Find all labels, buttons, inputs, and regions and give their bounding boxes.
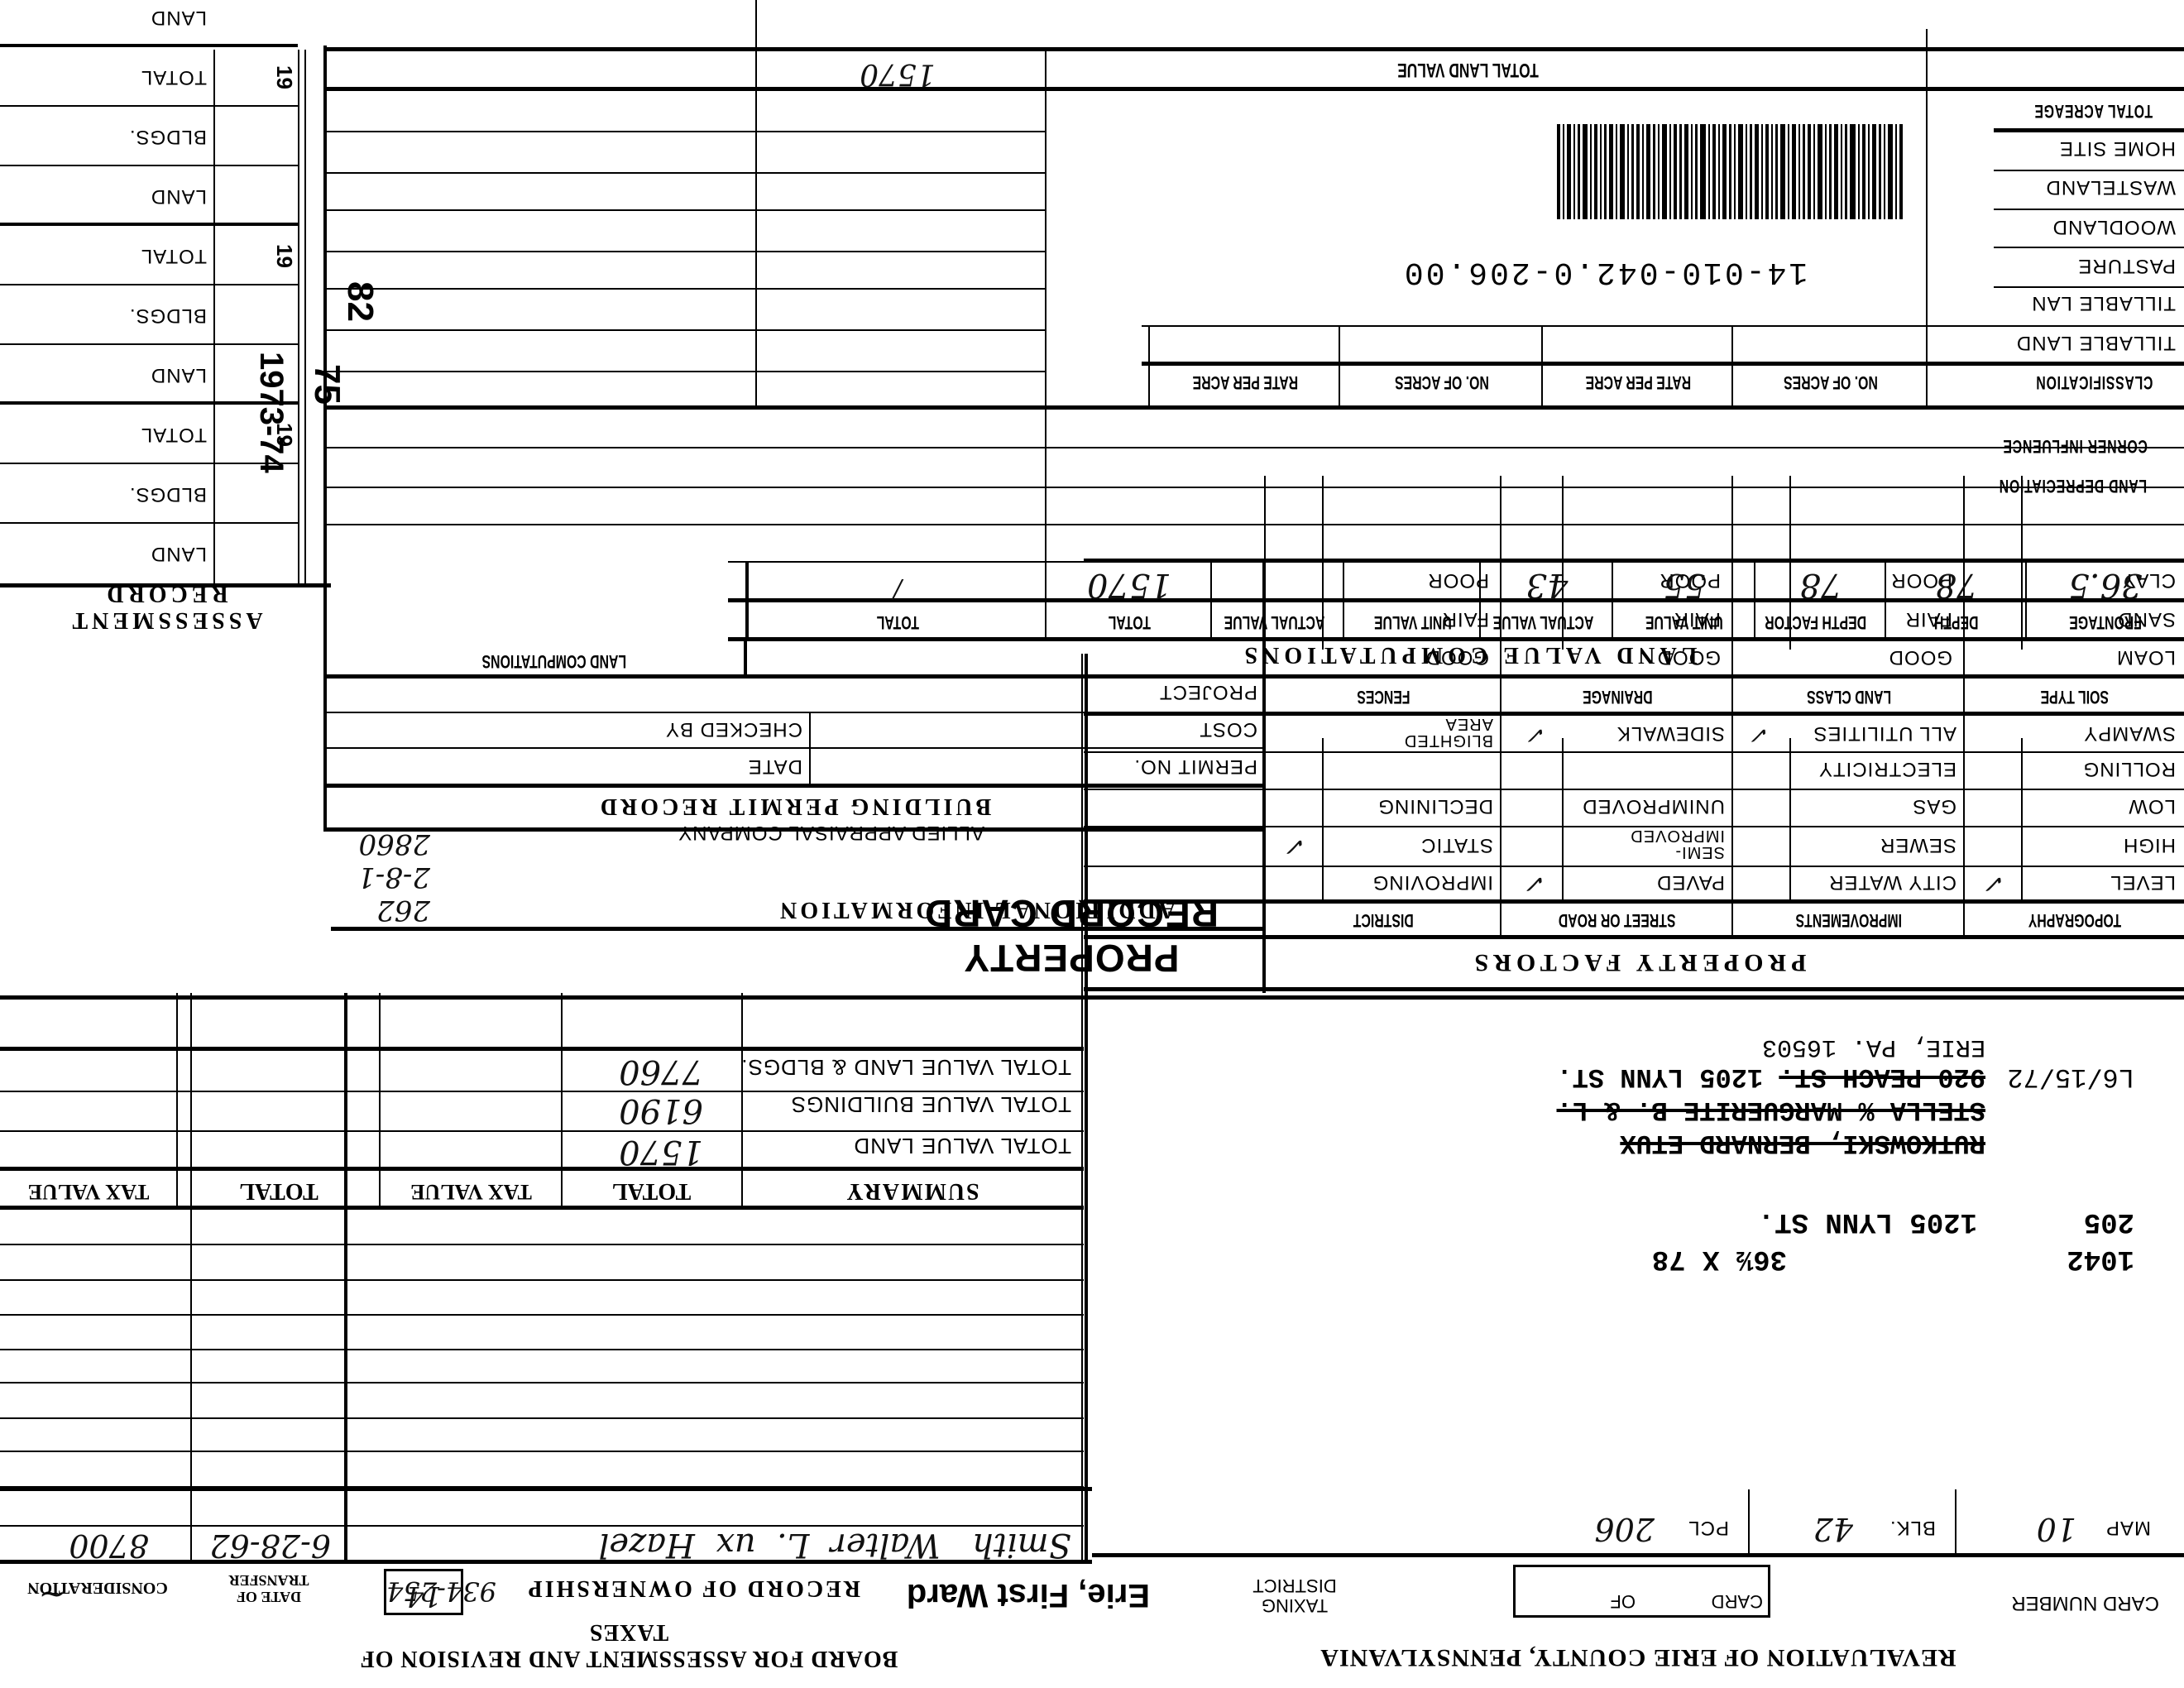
col-unit-value-2: UNIT VALUE — [1344, 611, 1481, 633]
actual-value[interactable]: 43 — [1481, 566, 1613, 604]
permit-date-label: DATE — [748, 755, 802, 778]
summary-total-value[interactable]: 7760 — [619, 1053, 703, 1091]
factor-declining: DECLINING — [1377, 794, 1493, 818]
assessment-record-title: ASSESSMENT RECORD — [8, 580, 323, 633]
checked-by-label: CHECKED BY — [665, 717, 802, 741]
corner-influence-label: CORNER INFLUENCE — [1975, 435, 2176, 457]
row-pasture: PASTURE — [2077, 254, 2176, 277]
col-actual-value-1: ACTUAL VALUE — [1481, 611, 1613, 633]
factor-improving: IMPROVING — [1372, 870, 1493, 894]
assessment-label-total: TOTAL — [141, 423, 207, 446]
summary-buildings-value[interactable]: 6190 — [619, 1091, 703, 1129]
pcl-label: PCL — [1688, 1516, 1729, 1539]
appraisal-company: ALLIED APPRAISAL COMPANY — [678, 821, 984, 844]
row-woodland: WOODLAND — [2052, 215, 2176, 238]
parcel-barcode — [1554, 124, 1903, 219]
col-rate-1: RATE PER ACRE — [1543, 372, 1733, 393]
map-value[interactable]: 10 — [2037, 1511, 2076, 1547]
assessment-label-bldgs: BLDGS. — [129, 482, 207, 506]
building-permit-title: BUILDING PERMIT RECORD — [331, 793, 1257, 819]
factor-static: STATIC — [1420, 833, 1493, 856]
factor-blighted-area: BLIGHTED AREA — [1402, 716, 1493, 749]
factor-rolling: ROLLING — [2083, 757, 2176, 780]
assessment-year-prefix: 19 — [271, 244, 297, 268]
date-of-transfer-label: DATE OF TRANSFER — [199, 1572, 339, 1605]
assessment-year-prefix: 19 — [271, 65, 297, 89]
board-title: BOARD FOR ASSESSMENT AND REVISION OF TAX… — [339, 1618, 918, 1671]
total-value[interactable]: 1570 — [1046, 566, 1212, 604]
new-address: 1205 LYNN ST. — [1557, 1062, 1764, 1092]
ownership-title: RECORD OF OWNERSHIP — [526, 1575, 860, 1601]
total-acreage-label: TOTAL ACREAGE — [2011, 100, 2176, 122]
land-value-computations-title: LAND VALUE COMPUTATIONS — [753, 641, 2184, 668]
struck-owner-name: RUTKOWSKI, BERNARD ETUX — [1620, 1128, 1985, 1158]
assessment-label-total: TOTAL — [141, 65, 207, 89]
additional-notes: 262 2-8-1 2860 — [357, 827, 430, 927]
row-home-site: HOME SITE — [2059, 137, 2176, 160]
check-sidewalk[interactable]: ✓ — [1528, 722, 1547, 749]
blk-value[interactable]: 42 — [1813, 1511, 1853, 1547]
total-value-2[interactable]: / — [749, 575, 1046, 604]
owner-name[interactable]: Smith Walter L. ux Hazel — [599, 1526, 1071, 1564]
col-depth-factor: DEPTH FACTOR — [1755, 611, 1886, 633]
check-paved[interactable]: ✓ — [1526, 869, 1547, 898]
owner-line-1: RUTKOWSKI, BERNARD ETUX — [1620, 1128, 1985, 1158]
depth-value[interactable]: 78 — [1886, 566, 2027, 604]
row-tillable-lan: TILLABLE LAN — [2031, 291, 2176, 314]
check-all-utilities[interactable]: ✓ — [1751, 722, 1770, 749]
assessment-label-land: LAND — [151, 363, 207, 386]
fences-header: FENCES — [1266, 686, 1501, 707]
map-label: MAP — [2105, 1516, 2151, 1539]
summary-row-buildings: TOTAL VALUE BUILDINGS — [791, 1091, 1071, 1117]
col-depth: DEPTH — [1886, 611, 2027, 633]
summary-col-tax-1: TAX VALUE — [382, 1179, 560, 1204]
struck-co-owner: STELLA % MARGUERITE B. & L. — [1557, 1095, 1985, 1125]
depth-factor-value[interactable]: 78 — [1755, 566, 1886, 604]
summary-land-value[interactable]: 1570 — [619, 1133, 703, 1171]
land-computations-label: LAND COMPUTATIONS — [364, 650, 745, 672]
classification-label: CLASSIFICATION — [2013, 372, 2176, 393]
consideration-label: CONSIDERATION — [7, 1578, 189, 1597]
assessment-label-total: TOTAL — [141, 244, 207, 267]
owner-line-2: STELLA % MARGUERITE B. & L. — [1557, 1095, 1985, 1125]
taxing-district-value: Erie, First Ward — [907, 1576, 1150, 1614]
row-wasteland: WASTELAND — [2046, 175, 2176, 199]
summary-col-tax-2: TAX VALUE — [2, 1179, 175, 1204]
factor-high: HIGH — [2123, 833, 2176, 856]
parcel-num: 205 — [2084, 1206, 2134, 1237]
assessment-label-land: LAND — [151, 6, 207, 29]
col-actual-value-2: ACTUAL VALUE — [1212, 611, 1344, 633]
note-3: 262 — [357, 894, 430, 927]
soil-type-header: SOIL TYPE — [1965, 686, 2184, 707]
assessment-label-land: LAND — [151, 542, 207, 565]
summary-col-total-2: TOTAL — [180, 1177, 378, 1204]
land-class-header: LAND CLASS — [1733, 686, 1965, 707]
struck-old-address: 920 PEACH ST. — [1779, 1062, 1985, 1092]
col-rate-2: RATE PER ACRE — [1150, 372, 1340, 393]
card-number-label: CARD NUMBER — [2011, 1592, 2159, 1614]
address-date: L6/15/72 — [2007, 1062, 2134, 1092]
taxing-district-label: TAXING DISTRICT — [1233, 1575, 1357, 1615]
summary-col-total-1: TOTAL — [563, 1177, 740, 1204]
consideration-value[interactable]: 8700 — [69, 1527, 149, 1564]
row-tillable-land: TILLABLE LAND — [2016, 331, 2176, 354]
col-total-1: TOTAL — [1046, 611, 1212, 633]
of-label: OF — [1610, 1590, 1636, 1612]
assessment-label-bldgs: BLDGS. — [129, 304, 207, 327]
summary-title: SUMMARY — [745, 1177, 1080, 1204]
owner-line-4: ERIE, PA. 16503 — [1762, 1033, 1985, 1061]
project-label: PROJECT — [1159, 680, 1257, 703]
factor-low: LOW — [2128, 794, 2176, 818]
parcel-id: 14-010-042.0-206.00 — [1307, 254, 1903, 290]
factor-semi-improved: SEMI-IMPROVED — [1626, 827, 1725, 861]
improvements-header: IMPROVEMENTS — [1733, 909, 1965, 931]
additional-info-title: ADDITIONAL INFORMATION — [695, 896, 1257, 923]
factor-gas: GAS — [1912, 794, 1956, 818]
drainage-header: DRAINAGE — [1501, 686, 1733, 707]
col-unit-value-1: UNIT VALUE — [1613, 611, 1755, 633]
land-depreciation-label: LAND DEPRECIATION — [1970, 475, 2176, 496]
topography-header: TOPOGRAPHY — [1965, 909, 2184, 931]
lot-dimensions: 36½ X 78 — [1652, 1243, 1787, 1274]
factor-sidewalk: SIDEWALK — [1616, 722, 1725, 745]
note-2: 2-8-1 — [357, 861, 430, 894]
permit-no-label: PERMIT NO. — [1133, 755, 1257, 778]
revaluation-title: REVALUATION OF ERIE COUNTY, PENNSYLVANIA — [1092, 1643, 2184, 1671]
factor-city-water: CITY WATER — [1828, 870, 1956, 894]
note-1: 2860 — [357, 827, 430, 861]
unit-value[interactable]: 55 — [1613, 566, 1755, 604]
factor-level: LEVEL — [2110, 870, 2176, 894]
parcel-address: 1205 LYNN ST. — [1758, 1206, 1977, 1237]
assessment-label-bldgs: BLDGS. — [129, 125, 207, 148]
assessment-label-land: LAND — [151, 185, 207, 208]
district-header: DISTRICT — [1266, 909, 1501, 931]
dimension-code: 1042 — [2067, 1243, 2134, 1274]
street-header: STREET OR ROAD — [1501, 909, 1733, 931]
property-record-card: REVALUATION OF ERIE COUNTY, PENNSYLVANIA… — [0, 0, 2184, 1688]
summary-row-land: TOTAL VALUE LAND — [853, 1133, 1071, 1158]
frontage-value[interactable]: 36.5 — [2027, 566, 2184, 604]
factor-unimproved: UNIMPROVED — [1582, 794, 1725, 818]
blk-label: BLK. — [1889, 1516, 1936, 1539]
cost-label: COST — [1199, 717, 1257, 741]
col-frontage: FRONTAGE — [2027, 611, 2184, 633]
owner-line-3: 920 PEACH ST. 1205 LYNN ST. — [1557, 1062, 1985, 1092]
total-land-value[interactable]: 1570 — [749, 57, 1046, 91]
factor-swampy: SWAMPY — [2083, 722, 2176, 745]
factor-all-utilities: ALL UTILITIES — [1813, 722, 1957, 745]
summary-row-total: TOTAL VALUE LAND & BLDGS. — [740, 1054, 1071, 1080]
assessment-year-prefix: 19 — [271, 423, 297, 447]
card-label: CARD — [1712, 1590, 1763, 1612]
col-acres-1: NO. OF ACRES — [1733, 372, 1928, 393]
stamp-year-c: 75 — [306, 364, 347, 405]
check-level[interactable]: ✓ — [1985, 869, 2006, 898]
check-static[interactable]: ✓ — [1286, 832, 1307, 861]
ownership-ref: 934-254 — [386, 1575, 496, 1607]
stamp-year-a: 1973-74 — [252, 352, 290, 473]
pcl-value[interactable]: 206 — [1594, 1511, 1655, 1547]
col-acres-2: NO. OF ACRES — [1340, 372, 1543, 393]
transfer-date[interactable]: 6-28-62 — [209, 1527, 331, 1564]
factor-paved: PAVED — [1656, 870, 1725, 894]
stamp-year-b: 82 — [339, 281, 381, 322]
card-of-box[interactable]: CARD OF — [1513, 1565, 1770, 1618]
factor-sewer: SEWER — [1880, 833, 1956, 856]
factor-electricity: ELECTRICITY — [1818, 757, 1956, 780]
col-total-2: TOTAL — [749, 611, 1046, 633]
